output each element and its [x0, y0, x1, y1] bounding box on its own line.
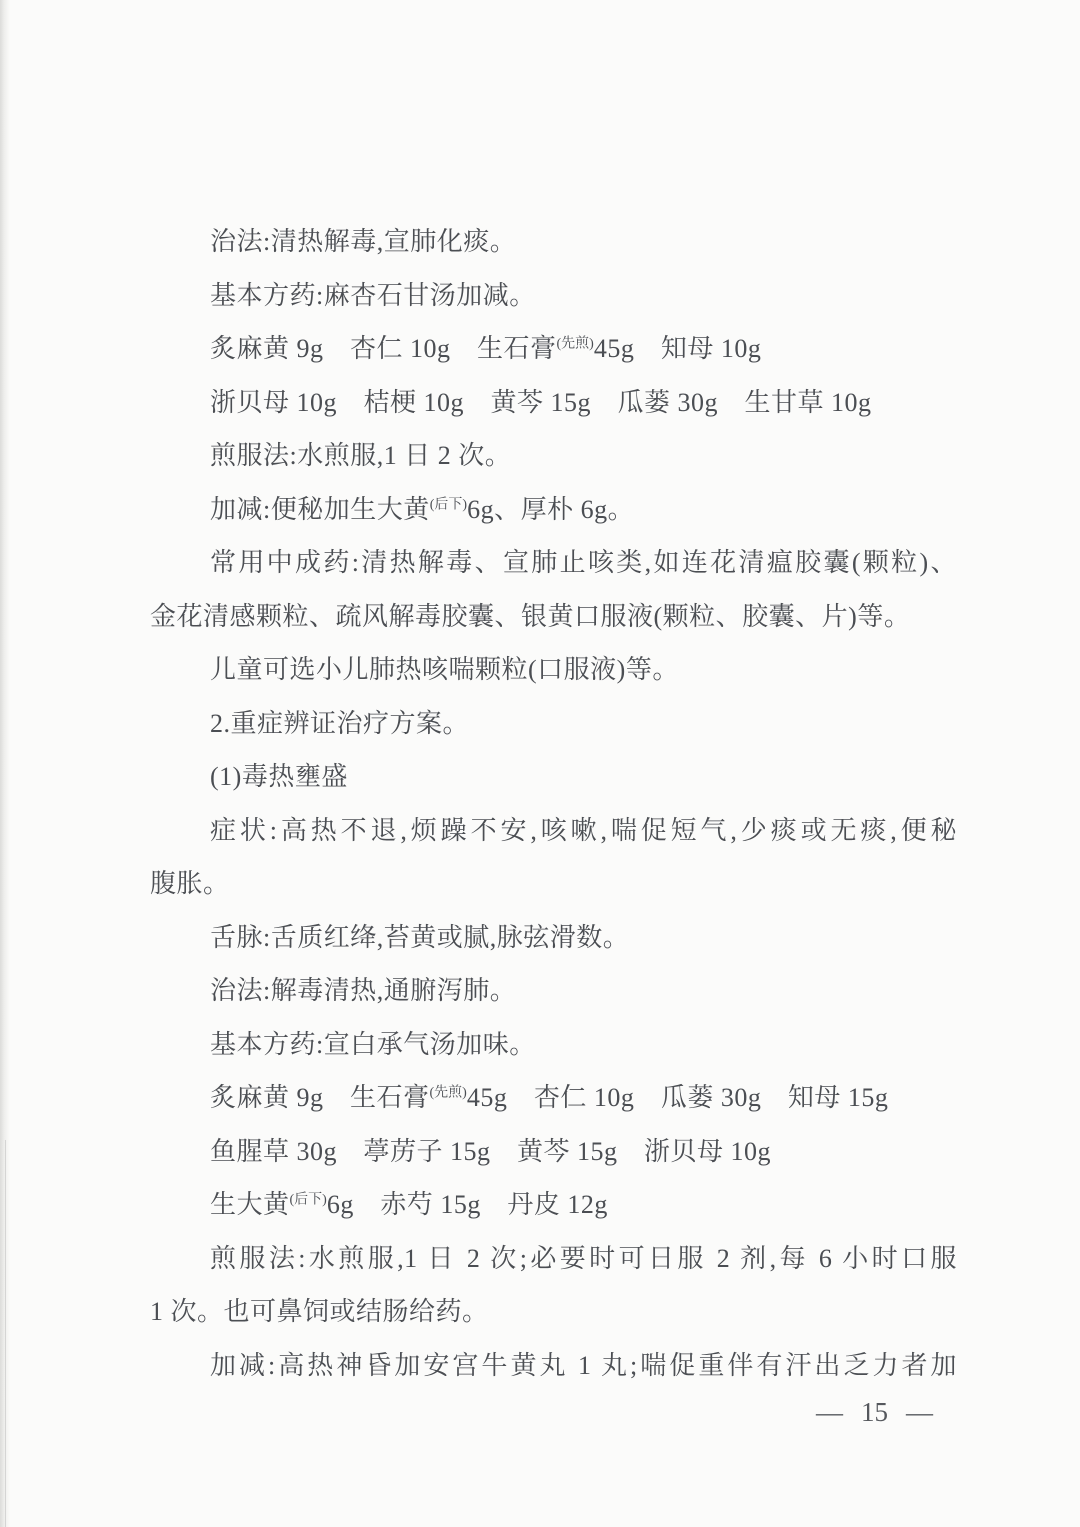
- section-heading-line: 2.重症辨证治疗方案。: [150, 697, 957, 751]
- decoction-instructions-line: 煎服法:水煎服,1 日 2 次。: [150, 429, 957, 483]
- herb-dosage-line: 生大黄(后下)6g 赤芍 15g 丹皮 12g: [150, 1178, 957, 1232]
- document-body: 治法:清热解毒,宣肺化痰。 基本方药:麻杏石甘汤加减。 炙麻黄 9g 杏仁 10…: [150, 215, 957, 1392]
- decoction-note-superscript: (后下): [430, 497, 467, 512]
- document-page: 治法:清热解毒,宣肺化痰。 基本方药:麻杏石甘汤加减。 炙麻黄 9g 杏仁 10…: [0, 0, 1080, 1527]
- herb-text: 6g 赤芍 15g 丹皮 12g: [327, 1190, 608, 1219]
- patent-medicine-line: 常用中成药:清热解毒、宣肺止咳类,如连花清瘟胶囊(颗粒)、: [150, 536, 957, 590]
- herb-text: 炙麻黄 9g 生石膏: [210, 1083, 430, 1112]
- patent-medicine-line: 金花清感颗粒、疏风解毒胶囊、银黄口服液(颗粒、胶囊、片)等。: [150, 590, 957, 644]
- modification-text: 加减:便秘加生大黄: [210, 495, 430, 524]
- page-number-right-dash: —: [906, 1397, 933, 1428]
- herb-dosage-line: 浙贝母 10g 桔梗 10g 黄芩 15g 瓜蒌 30g 生甘草 10g: [150, 376, 957, 430]
- herb-text: 45g 杏仁 10g 瓜蒌 30g 知母 15g: [467, 1083, 889, 1112]
- scan-edge-hairline: [5, 1140, 6, 1527]
- herb-text: 45g 知母 10g: [594, 334, 762, 363]
- modification-text: 6g、厚朴 6g。: [467, 495, 634, 524]
- symptoms-line: 腹胀。: [150, 857, 957, 911]
- herb-dosage-line: 炙麻黄 9g 生石膏(先煎)45g 杏仁 10g 瓜蒌 30g 知母 15g: [150, 1071, 957, 1125]
- treatment-principle-line: 治法:清热解毒,宣肺化痰。: [150, 215, 957, 269]
- page-number-value: 15: [861, 1397, 888, 1428]
- decoction-instructions-line: 煎服法:水煎服,1 日 2 次;必要时可日服 2 剂,每 6 小时口服: [150, 1232, 957, 1286]
- herb-text: 生大黄: [210, 1190, 290, 1219]
- subsection-heading-line: (1)毒热壅盛: [150, 750, 957, 804]
- herb-dosage-line: 鱼腥草 30g 葶苈子 15g 黄芩 15g 浙贝母 10g: [150, 1125, 957, 1179]
- modification-line: 加减:高热神昏加安宫牛黄丸 1 丸;喘促重伴有汗出乏力者加: [150, 1339, 957, 1393]
- base-formula-line: 基本方药:宣白承气汤加味。: [150, 1018, 957, 1072]
- tongue-pulse-line: 舌脉:舌质红绛,苔黄或腻,脉弦滑数。: [150, 911, 957, 965]
- page-number: — 15 —: [816, 1392, 933, 1432]
- symptoms-line: 症状:高热不退,烦躁不安,咳嗽,喘促短气,少痰或无痰,便秘: [150, 804, 957, 858]
- herb-dosage-line: 炙麻黄 9g 杏仁 10g 生石膏(先煎)45g 知母 10g: [150, 322, 957, 376]
- modification-line: 加减:便秘加生大黄(后下)6g、厚朴 6g。: [150, 483, 957, 537]
- decoction-note-superscript: (后下): [290, 1192, 327, 1207]
- treatment-principle-line: 治法:解毒清热,通腑泻肺。: [150, 964, 957, 1018]
- page-number-left-dash: —: [816, 1397, 843, 1428]
- decoction-note-superscript: (先煎): [430, 1085, 467, 1100]
- base-formula-line: 基本方药:麻杏石甘汤加减。: [150, 269, 957, 323]
- decoction-instructions-line: 1 次。也可鼻饲或结肠给药。: [150, 1285, 957, 1339]
- decoction-note-superscript: (先煎): [557, 336, 594, 351]
- children-medicine-line: 儿童可选小儿肺热咳喘颗粒(口服液)等。: [150, 643, 957, 697]
- herb-text: 炙麻黄 9g 杏仁 10g 生石膏: [210, 334, 557, 363]
